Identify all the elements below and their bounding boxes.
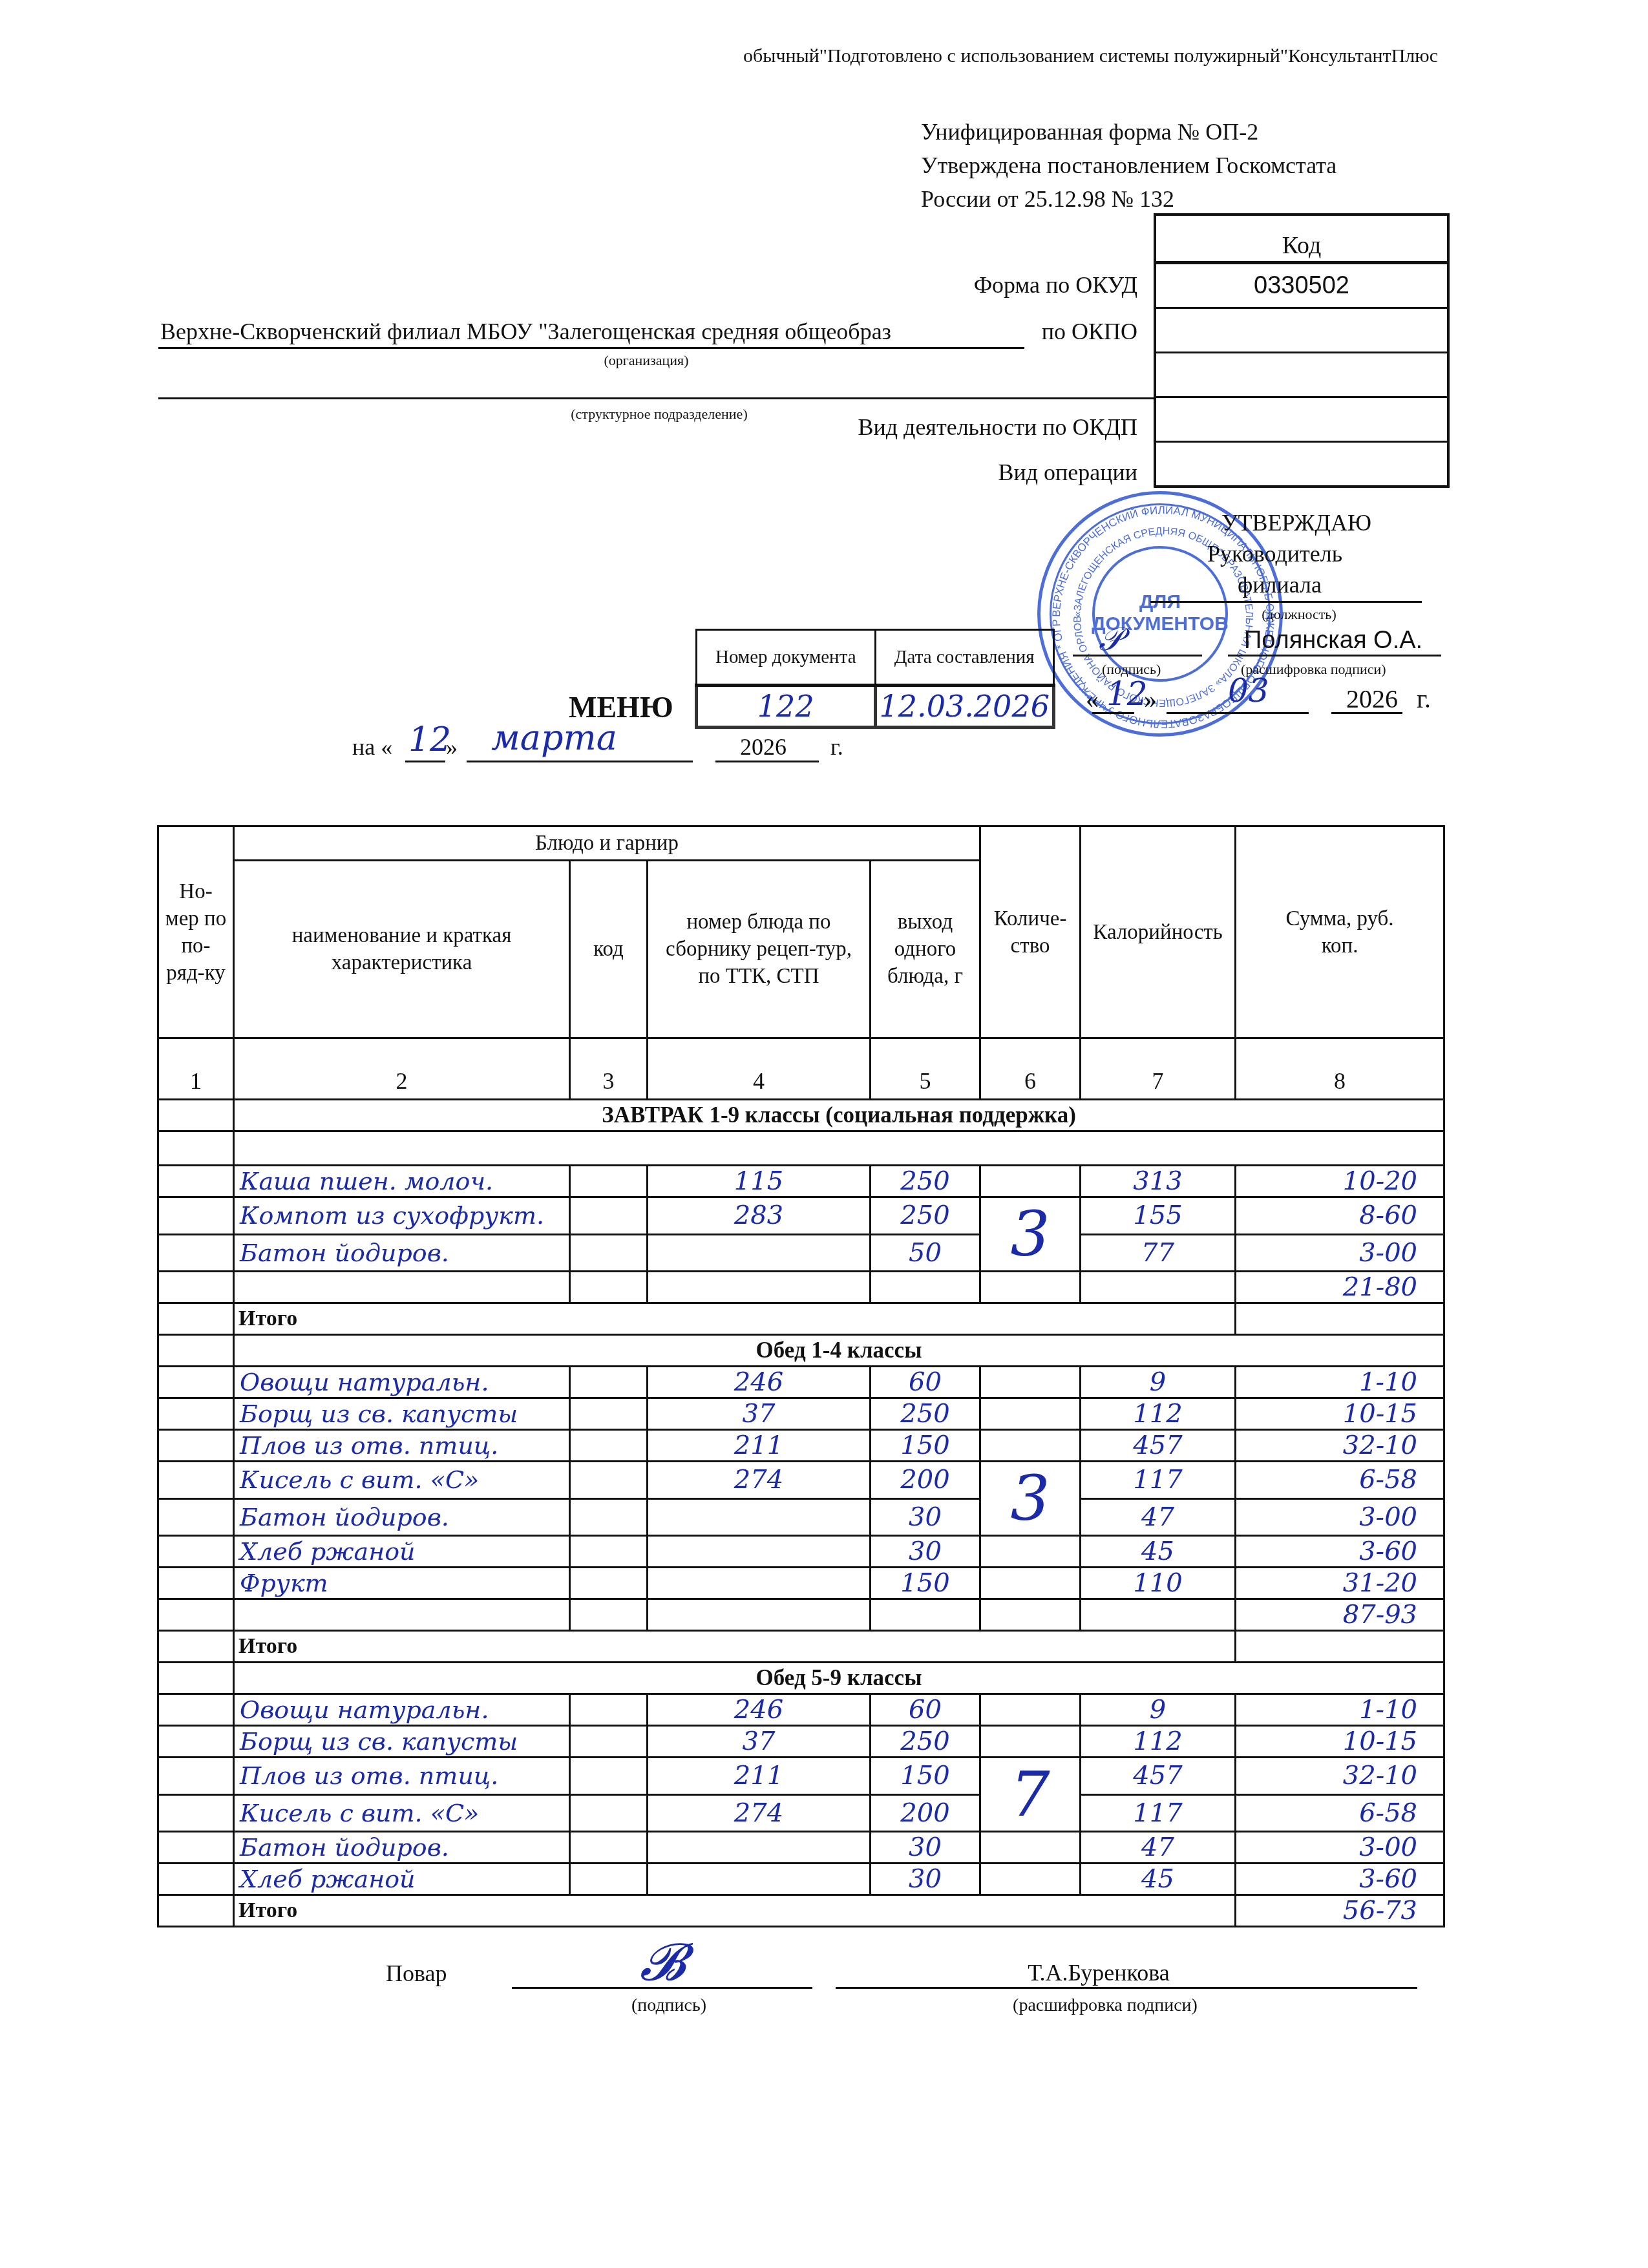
- approval-day[interactable]: 12: [1106, 675, 1148, 713]
- cook-name: Т.А.Буренкова: [905, 1959, 1293, 1986]
- row-number-cell[interactable]: [158, 1864, 234, 1895]
- row-number-cell: [158, 1599, 234, 1631]
- table-row: Плов из отв. птиц.211150745732-10: [158, 1758, 1444, 1795]
- table-row: Хлеб ржаной30453-60: [158, 1536, 1444, 1568]
- dish-recipe-number[interactable]: 283: [648, 1197, 871, 1235]
- dish-sum[interactable]: 3-00: [1236, 1234, 1444, 1272]
- dish-quantity[interactable]: 3: [980, 1197, 1081, 1272]
- dish-code[interactable]: [570, 1864, 648, 1895]
- header-dish-group: Блюдо и гарнир: [234, 826, 980, 861]
- dish-quantity[interactable]: [980, 1568, 1081, 1599]
- operation-label: Вид операции: [840, 459, 1137, 486]
- subtotal-row: 21-80: [158, 1272, 1444, 1303]
- dish-name[interactable]: Овощи натуральн.: [234, 1367, 570, 1398]
- dish-name[interactable]: Фрукт: [234, 1568, 570, 1599]
- codes-box: Код 0330502: [1154, 213, 1450, 488]
- dish-calories[interactable]: 117: [1081, 1794, 1236, 1832]
- dish-yield[interactable]: 250: [871, 1197, 980, 1235]
- section-title-row: Обед 5-9 классы: [158, 1663, 1444, 1694]
- table-row: Хлеб ржаной30453-60: [158, 1864, 1444, 1895]
- dish-yield[interactable]: 250: [871, 1398, 980, 1430]
- dish-name[interactable]: Овощи натуральн.: [234, 1694, 570, 1726]
- dish-sum[interactable]: 3-00: [1236, 1498, 1444, 1536]
- dish-calories[interactable]: 45: [1081, 1536, 1236, 1568]
- dish-yield[interactable]: 150: [871, 1430, 980, 1462]
- row-number-cell[interactable]: [158, 1832, 234, 1864]
- dish-quantity[interactable]: [980, 1726, 1081, 1758]
- organization-name: Верхне-Скворченский филиал МБОУ "Залегощ…: [160, 318, 891, 345]
- dish-calories[interactable]: 47: [1081, 1498, 1236, 1536]
- document-date[interactable]: 12.03.2026: [875, 686, 1054, 728]
- okud-value[interactable]: 0330502: [1156, 261, 1447, 307]
- cook-signature-caption: (подпись): [595, 1995, 743, 2016]
- dish-sum[interactable]: 3-60: [1236, 1536, 1444, 1568]
- dish-name[interactable]: Плов из отв. птиц.: [234, 1430, 570, 1462]
- row-number-cell[interactable]: [158, 1694, 234, 1726]
- table-row: Батон йодиров.30473-00: [158, 1498, 1444, 1536]
- dish-calories[interactable]: 112: [1081, 1726, 1236, 1758]
- dish-code[interactable]: [570, 1398, 648, 1430]
- dish-calories[interactable]: 457: [1081, 1430, 1236, 1462]
- row-number-cell[interactable]: [158, 1536, 234, 1568]
- row-number-cell: [158, 1663, 234, 1694]
- menu-date-year: 2026: [740, 733, 787, 761]
- menu-date-mid: »: [446, 733, 458, 761]
- empty-cell: [570, 1272, 648, 1303]
- approval-position-caption: (должность): [1215, 606, 1383, 623]
- approval-month[interactable]: 03: [1228, 672, 1269, 709]
- table-row: Фрукт15011031-20: [158, 1568, 1444, 1599]
- dish-yield[interactable]: 50: [871, 1234, 980, 1272]
- empty-cell: [648, 1272, 871, 1303]
- form-info: Унифицированная форма № ОП-2 Утверждена …: [921, 115, 1336, 216]
- subdivision-caption: (структурное подразделение): [498, 406, 821, 423]
- row-number-cell[interactable]: [158, 1758, 234, 1795]
- empty-cell: [648, 1599, 871, 1631]
- dish-recipe-number[interactable]: 211: [648, 1430, 871, 1462]
- table-row: Борщ из св. капусты3725011210-15: [158, 1726, 1444, 1758]
- dish-name[interactable]: Борщ из св. капусты: [234, 1398, 570, 1430]
- dish-recipe-number[interactable]: 115: [648, 1166, 871, 1197]
- consultant-note: обычный"Подготовлено с использованием си…: [743, 45, 1438, 67]
- okpo-value[interactable]: [1156, 307, 1447, 352]
- dish-sum[interactable]: 3-60: [1236, 1864, 1444, 1895]
- total-sum[interactable]: 56-73: [1236, 1895, 1444, 1927]
- dish-yield[interactable]: 30: [871, 1864, 980, 1895]
- dish-sum[interactable]: 8-60: [1236, 1197, 1444, 1235]
- menu-date-day[interactable]: 12: [408, 720, 451, 759]
- row-number-cell[interactable]: [158, 1498, 234, 1536]
- dish-sum[interactable]: 3-00: [1236, 1832, 1444, 1864]
- column-number: 1: [158, 1038, 234, 1100]
- dish-recipe-number[interactable]: [648, 1498, 871, 1536]
- approval-name: Полянская О.А.: [1244, 627, 1422, 655]
- dish-calories[interactable]: 47: [1081, 1832, 1236, 1864]
- row-number-cell[interactable]: [158, 1166, 234, 1197]
- dish-name[interactable]: Кисель с вит. «С»: [234, 1462, 570, 1499]
- total-row: Итого: [158, 1303, 1444, 1335]
- dish-sum[interactable]: 32-10: [1236, 1758, 1444, 1795]
- header-num: Но-мер по по-ряд-ку: [158, 826, 234, 1038]
- dish-quantity[interactable]: [980, 1430, 1081, 1462]
- row-number-cell[interactable]: [158, 1197, 234, 1235]
- column-number: 7: [1081, 1038, 1236, 1100]
- dish-code[interactable]: [570, 1832, 648, 1864]
- section-title-row: ЗАВТРАК 1-9 классы (социальная поддержка…: [158, 1100, 1444, 1131]
- table-row: Кисель с вит. «С»2742001176-58: [158, 1794, 1444, 1832]
- total-label: Итого: [234, 1303, 1236, 1335]
- blank-cell: [234, 1131, 1444, 1166]
- table-row: Батон йодиров.30473-00: [158, 1832, 1444, 1864]
- dish-recipe-number[interactable]: 37: [648, 1398, 871, 1430]
- row-number-cell[interactable]: [158, 1367, 234, 1398]
- dish-code[interactable]: [570, 1726, 648, 1758]
- dish-sum[interactable]: 10-15: [1236, 1726, 1444, 1758]
- total-label: Итого: [234, 1631, 1236, 1663]
- date-header: Дата составления: [875, 630, 1054, 686]
- total-sum[interactable]: [1236, 1303, 1444, 1335]
- dish-sum[interactable]: 10-20: [1236, 1166, 1444, 1197]
- dish-sum[interactable]: 1-10: [1236, 1367, 1444, 1398]
- row-number-cell[interactable]: [158, 1462, 234, 1499]
- dish-code[interactable]: [570, 1758, 648, 1795]
- header-calories: Калорийность: [1081, 826, 1236, 1038]
- dish-recipe-number[interactable]: [648, 1832, 871, 1864]
- dish-quantity[interactable]: [980, 1536, 1081, 1568]
- cook-signature: 𝓑: [640, 1932, 686, 1993]
- organization-caption: (организация): [452, 352, 840, 369]
- table-row: Каша пшен. молоч.11525031310-20: [158, 1166, 1444, 1197]
- dish-code[interactable]: [570, 1234, 648, 1272]
- row-number-cell: [158, 1303, 234, 1335]
- menu-date-prefix: на «: [352, 733, 392, 761]
- column-number: 3: [570, 1038, 648, 1100]
- empty-cell: [1081, 1272, 1236, 1303]
- approval-year-suffix: г.: [1417, 684, 1431, 714]
- empty-cell: [980, 1272, 1081, 1303]
- dish-name[interactable]: Батон йодиров.: [234, 1234, 570, 1272]
- column-number: 6: [980, 1038, 1081, 1100]
- dish-calories[interactable]: 9: [1081, 1367, 1236, 1398]
- dish-sum[interactable]: 10-15: [1236, 1398, 1444, 1430]
- dish-calories[interactable]: 112: [1081, 1398, 1236, 1430]
- row-number-cell[interactable]: [158, 1794, 234, 1832]
- dish-code[interactable]: [570, 1430, 648, 1462]
- menu-date-suffix: г.: [830, 733, 843, 761]
- dish-yield[interactable]: 250: [871, 1726, 980, 1758]
- dish-sum[interactable]: 31-20: [1236, 1568, 1444, 1599]
- dish-sum[interactable]: 32-10: [1236, 1430, 1444, 1462]
- okpo-extra-value[interactable]: [1156, 352, 1447, 396]
- column-number: 4: [648, 1038, 871, 1100]
- subtotal-sum[interactable]: 21-80: [1236, 1272, 1444, 1303]
- document-number-box: Номер документа Дата составления 122 12.…: [695, 629, 1055, 729]
- dish-name[interactable]: Плов из отв. птиц.: [234, 1758, 570, 1795]
- dish-calories[interactable]: 155: [1081, 1197, 1236, 1235]
- dish-name[interactable]: Батон йодиров.: [234, 1498, 570, 1536]
- column-number: 8: [1236, 1038, 1444, 1100]
- approval-position-1: Руководитель: [1207, 540, 1342, 567]
- dish-recipe-number[interactable]: 37: [648, 1726, 871, 1758]
- dish-yield[interactable]: 30: [871, 1498, 980, 1536]
- header-name: наименование и краткая характеристика: [234, 861, 570, 1038]
- empty-cell: [1081, 1599, 1236, 1631]
- dish-name[interactable]: Хлеб ржаной: [234, 1536, 570, 1568]
- table-row: Плов из отв. птиц.21115045732-10: [158, 1430, 1444, 1462]
- approval-title: УТВЕРЖДАЮ: [1221, 509, 1371, 536]
- operation-value[interactable]: [1156, 441, 1447, 485]
- dish-recipe-number[interactable]: 274: [648, 1462, 871, 1499]
- row-number-cell: [158, 1131, 234, 1166]
- table-row: Батон йодиров.50773-00: [158, 1234, 1444, 1272]
- dish-yield[interactable]: 150: [871, 1568, 980, 1599]
- dish-code[interactable]: [570, 1694, 648, 1726]
- menu-table: Но-мер по по-ряд-ку Блюдо и гарнир Колич…: [157, 825, 1445, 1927]
- row-number-cell[interactable]: [158, 1430, 234, 1462]
- section-title: Обед 5-9 классы: [234, 1663, 1444, 1694]
- number-header: Номер документа: [697, 630, 876, 686]
- row-number-cell: [158, 1631, 234, 1663]
- total-label: Итого: [234, 1895, 1236, 1927]
- approval-date-open: «: [1086, 684, 1099, 714]
- dish-quantity[interactable]: [980, 1864, 1081, 1895]
- dish-quantity[interactable]: [980, 1832, 1081, 1864]
- dish-quantity[interactable]: 3: [980, 1462, 1081, 1536]
- row-number-cell: [158, 1895, 234, 1927]
- section-title: ЗАВТРАК 1-9 классы (социальная поддержка…: [234, 1100, 1444, 1131]
- header-recipe: номер блюда по сборнику рецеп-тур, по ТТ…: [648, 861, 871, 1038]
- dish-quantity[interactable]: [980, 1694, 1081, 1726]
- row-number-cell[interactable]: [158, 1568, 234, 1599]
- header-yield: выход одного блюда, г: [871, 861, 980, 1038]
- cook-name-caption: (расшифровка подписи): [969, 1995, 1241, 2016]
- dish-quantity[interactable]: [980, 1367, 1081, 1398]
- row-number-cell: [158, 1335, 234, 1367]
- header-code: код: [570, 861, 648, 1038]
- dish-yield[interactable]: 30: [871, 1832, 980, 1864]
- dish-name[interactable]: Батон йодиров.: [234, 1832, 570, 1864]
- dish-yield[interactable]: 150: [871, 1758, 980, 1795]
- dish-code[interactable]: [570, 1367, 648, 1398]
- dish-recipe-number[interactable]: 274: [648, 1794, 871, 1832]
- total-sum[interactable]: [1236, 1631, 1444, 1663]
- form-line-3: России от 25.12.98 № 132: [921, 182, 1336, 216]
- subtotal-row: 87-93: [158, 1599, 1444, 1631]
- total-row: Итого: [158, 1631, 1444, 1663]
- header-sum: Сумма, руб. коп.: [1236, 826, 1444, 1038]
- dish-sum[interactable]: 6-58: [1236, 1794, 1444, 1832]
- column-number: 5: [871, 1038, 980, 1100]
- cook-role: Повар: [386, 1960, 447, 1987]
- column-numbers-row: 12345678: [158, 1038, 1444, 1100]
- row-number-cell[interactable]: [158, 1726, 234, 1758]
- dish-calories[interactable]: 77: [1081, 1234, 1236, 1272]
- row-number-cell[interactable]: [158, 1234, 234, 1272]
- dish-code[interactable]: [570, 1166, 648, 1197]
- dish-yield[interactable]: 60: [871, 1367, 980, 1398]
- empty-cell: [234, 1272, 570, 1303]
- section-title-row: Обед 1-4 классы: [158, 1335, 1444, 1367]
- empty-cell: [570, 1599, 648, 1631]
- document-number[interactable]: 122: [697, 686, 876, 728]
- blank-row: [158, 1131, 1444, 1166]
- dish-calories[interactable]: 117: [1081, 1462, 1236, 1499]
- dish-name[interactable]: Борщ из св. капусты: [234, 1726, 570, 1758]
- dish-recipe-number[interactable]: [648, 1536, 871, 1568]
- codes-header: Код: [1156, 216, 1447, 261]
- dish-code[interactable]: [570, 1498, 648, 1536]
- table-row: Кисель с вит. «С»27420031176-58: [158, 1462, 1444, 1499]
- dish-recipe-number[interactable]: [648, 1568, 871, 1599]
- empty-cell: [871, 1272, 980, 1303]
- dish-yield[interactable]: 200: [871, 1462, 980, 1499]
- total-row: Итого56-73: [158, 1895, 1444, 1927]
- dish-recipe-number[interactable]: 211: [648, 1758, 871, 1795]
- column-number: 2: [234, 1038, 570, 1100]
- dish-code[interactable]: [570, 1536, 648, 1568]
- dish-name[interactable]: Кисель с вит. «С»: [234, 1794, 570, 1832]
- dish-recipe-number[interactable]: 246: [648, 1694, 871, 1726]
- dish-yield[interactable]: 60: [871, 1694, 980, 1726]
- dish-yield[interactable]: 30: [871, 1536, 980, 1568]
- dish-sum[interactable]: 6-58: [1236, 1462, 1444, 1499]
- okdp-value[interactable]: [1156, 396, 1447, 441]
- dish-yield[interactable]: 200: [871, 1794, 980, 1832]
- dish-name[interactable]: Компот из сухофрукт.: [234, 1197, 570, 1235]
- dish-calories[interactable]: 457: [1081, 1758, 1236, 1795]
- table-row: Овощи натуральн.2466091-10: [158, 1694, 1444, 1726]
- section-title: Обед 1-4 классы: [234, 1335, 1444, 1367]
- table-row: Компот из сухофрукт.28325031558-60: [158, 1197, 1444, 1235]
- row-number-cell: [158, 1100, 234, 1131]
- header-qty: Количе-ство: [980, 826, 1081, 1038]
- dish-calories[interactable]: 9: [1081, 1694, 1236, 1726]
- approval-signature: 𝒫: [1099, 620, 1122, 658]
- dish-yield[interactable]: 250: [871, 1166, 980, 1197]
- empty-cell: [234, 1599, 570, 1631]
- dish-recipe-number[interactable]: 246: [648, 1367, 871, 1398]
- dish-calories[interactable]: 313: [1081, 1166, 1236, 1197]
- row-number-cell[interactable]: [158, 1398, 234, 1430]
- dish-name[interactable]: Каша пшен. молоч.: [234, 1166, 570, 1197]
- dish-code[interactable]: [570, 1568, 648, 1599]
- dish-sum[interactable]: 1-10: [1236, 1694, 1444, 1726]
- okpo-label: по ОКПО: [969, 318, 1137, 345]
- dish-code[interactable]: [570, 1462, 648, 1499]
- dish-code[interactable]: [570, 1794, 648, 1832]
- dish-recipe-number[interactable]: [648, 1864, 871, 1895]
- dish-quantity[interactable]: [980, 1398, 1081, 1430]
- dish-calories[interactable]: 110: [1081, 1568, 1236, 1599]
- menu-date-month[interactable]: марта: [491, 717, 617, 758]
- dish-recipe-number[interactable]: [648, 1234, 871, 1272]
- okud-label: Форма по ОКУД: [776, 271, 1137, 299]
- table-row: Овощи натуральн.2466091-10: [158, 1367, 1444, 1398]
- approval-date-close: »: [1144, 684, 1157, 714]
- dish-name[interactable]: Хлеб ржаной: [234, 1864, 570, 1895]
- empty-cell: [871, 1599, 980, 1631]
- dish-code[interactable]: [570, 1197, 648, 1235]
- form-line-1: Унифицированная форма № ОП-2: [921, 115, 1336, 149]
- table-row: Борщ из св. капусты3725011210-15: [158, 1398, 1444, 1430]
- approval-year: 2026: [1346, 684, 1398, 714]
- approval-position-2: филиала: [1238, 571, 1322, 598]
- row-number-cell: [158, 1272, 234, 1303]
- dish-quantity[interactable]: [980, 1166, 1081, 1197]
- dish-quantity[interactable]: 7: [980, 1758, 1081, 1832]
- dish-calories[interactable]: 45: [1081, 1864, 1236, 1895]
- empty-cell: [980, 1599, 1081, 1631]
- subtotal-sum[interactable]: 87-93: [1236, 1599, 1444, 1631]
- form-line-2: Утверждена постановлением Госкомстата: [921, 149, 1336, 182]
